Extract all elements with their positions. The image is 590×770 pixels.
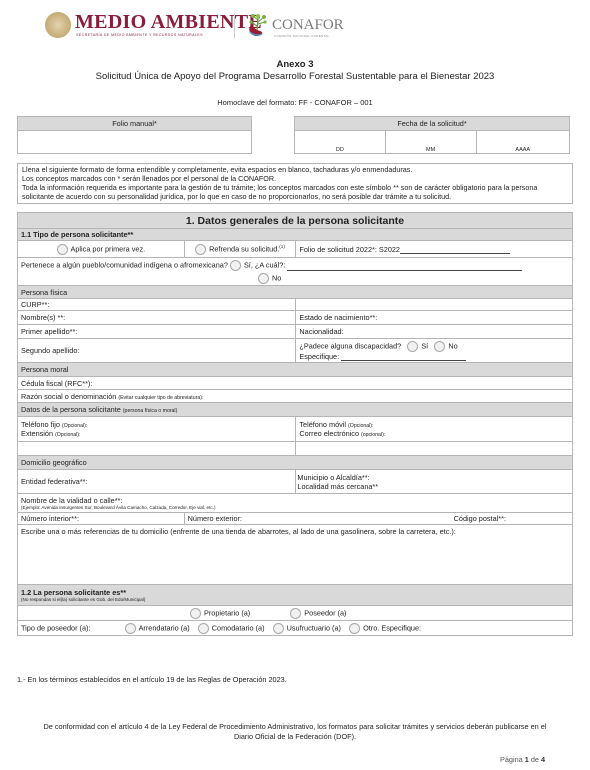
discapacidad-question: ¿Padece alguna discapacidad? — [299, 341, 401, 350]
fecha-dd-label: DD — [336, 147, 344, 153]
fecha-aaaa-label: AAAA — [515, 147, 530, 153]
opcional-note: (Opcional): — [55, 432, 80, 438]
radio-propietario[interactable] — [190, 608, 201, 619]
refrenda-footnote-ref: (1) — [279, 244, 285, 249]
fecha-mm-label: MM — [426, 147, 435, 153]
persona-fisica-heading: Persona física — [18, 286, 573, 299]
page-current: 1 — [525, 755, 529, 764]
radio-refrenda[interactable] — [195, 244, 206, 255]
indigena-row: Pertenece a algún pueblo/comunidad indíg… — [18, 258, 573, 286]
radio-arrendatario[interactable] — [125, 623, 136, 634]
municipio-localidad-cell[interactable]: Municipio o Alcaldía**: Localidad más ce… — [296, 470, 573, 494]
indigena-question: Pertenece a algún pueblo/comunidad indíg… — [21, 260, 228, 269]
radio-aplica[interactable] — [57, 244, 68, 255]
radio-discapacidad-no[interactable] — [434, 341, 445, 352]
codigo-postal-field[interactable]: Código postal**: — [414, 513, 573, 525]
indigena-cual-line[interactable] — [287, 270, 522, 271]
radio-poseedor[interactable] — [290, 608, 301, 619]
opcional-note: (opcional): — [361, 432, 385, 438]
refrenda-label: Refrenda su solicitud. — [209, 244, 279, 253]
instructions-box: Llena el siguiente formato de forma ente… — [17, 163, 573, 204]
footnote: 1.- En los términos establecidos en el a… — [17, 675, 287, 684]
instruction-line: Llena el siguiente formato de forma ente… — [22, 165, 568, 174]
folio-2022-line[interactable] — [400, 253, 510, 254]
aplica-primera-vez-option[interactable]: Aplica por primera vez. — [18, 241, 185, 258]
instruction-line: Toda la información requerida es importa… — [22, 183, 568, 201]
logo-divider — [234, 14, 235, 38]
numero-exterior-field[interactable]: Número exterior: — [184, 513, 414, 525]
propietario-poseedor-row: Propietario (a) Poseedor (a) — [18, 606, 573, 621]
section-1-2-title: 1.2 La persona solicitante es** — [21, 588, 569, 597]
pagination: Página 1 de 4 — [500, 755, 545, 764]
folio-manual-label: Folio manual* — [18, 117, 252, 131]
fecha-dd-field[interactable]: DD — [295, 131, 386, 154]
poseedor-label: Poseedor (a) — [304, 608, 346, 617]
vialidad-field[interactable]: Nombre de la vialidad o calle**: (Ejempl… — [18, 494, 573, 513]
vialidad-example: (Ejemplo: Avenida Insurgentes Sur, Boule… — [21, 505, 569, 510]
domicilio-heading: Domicilio geográfico — [18, 456, 573, 470]
section-1-2-note: (No respondas si el(la) solicitante es G… — [21, 597, 569, 602]
radio-discapacidad-si[interactable] — [407, 341, 418, 352]
vialidad-label: Nombre de la vialidad o calle**: — [21, 496, 569, 505]
refrenda-option[interactable]: Refrenda su solicitud.(1) — [184, 241, 296, 258]
section-1-1-heading: 1.1 Tipo de persona solicitante** — [18, 229, 573, 241]
movil-correo-cell[interactable]: Teléfono móvil (Opcional): Correo electr… — [296, 417, 573, 442]
municipio-label: Municipio o Alcaldía**: — [297, 473, 569, 482]
telefono-movil-label: Teléfono móvil — [299, 420, 346, 429]
radio-indigena-no[interactable] — [258, 273, 269, 284]
discapacidad-especifique-line[interactable] — [341, 360, 466, 361]
datos-solicitante-heading: Datos de la persona solicitante (persona… — [18, 403, 573, 417]
segundo-apellido-field[interactable]: Segundo apellido: — [18, 339, 296, 363]
estado-nacimiento-field[interactable]: Estado de nacimiento**: — [296, 311, 573, 325]
usufructuario-label: Usufructuario (a) — [287, 623, 341, 632]
razon-social-label: Razón social o denominación — [21, 392, 116, 401]
conafor-logo-title: CONAFOR — [272, 17, 344, 34]
contact-blank-left[interactable] — [18, 442, 296, 456]
folio-2022-label: Folio de solicitud 2022*: S2022 — [299, 245, 400, 254]
section-1-title: 1. Datos generales de la persona solicit… — [18, 213, 573, 229]
folio-manual-field[interactable] — [18, 131, 252, 154]
aplica-label: Aplica por primera vez. — [71, 244, 146, 253]
entidad-federativa-field[interactable]: Entidad federativa**: — [18, 470, 296, 494]
conafor-tree-icon — [244, 12, 270, 38]
radio-comodatario[interactable] — [198, 623, 209, 634]
radio-otro[interactable] — [349, 623, 360, 634]
tipo-poseedor-label: Tipo de poseedor (a): — [21, 623, 91, 632]
tipo-poseedor-row: Tipo de poseedor (a): Arrendatario (a) C… — [18, 621, 573, 636]
discapacidad-no-label: No — [448, 341, 457, 350]
mexico-emblem-icon — [45, 12, 71, 38]
page-of: de — [531, 755, 539, 764]
instruction-line: Los conceptos marcados con * serán llena… — [22, 174, 568, 183]
discapacidad-cell: ¿Padece alguna discapacidad? Sí No Espec… — [296, 339, 573, 363]
folio-2022-field[interactable]: Folio de solicitud 2022*: S2022 — [296, 241, 573, 258]
fecha-mm-field[interactable]: MM — [385, 131, 476, 154]
propietario-label: Propietario (a) — [204, 608, 250, 617]
indigena-si-label: Sí, ¿A cuál?: — [244, 260, 285, 269]
homoclave: Homoclave del formato: FF - CONAFOR – 00… — [0, 98, 590, 107]
nombre-field[interactable]: Nombre(s) **: — [18, 311, 296, 325]
arrendatario-label: Arrendatario (a) — [139, 623, 190, 632]
discapacidad-especifique-label: Especifique: — [299, 352, 339, 361]
section-1-2-heading: 1.2 La persona solicitante es** (No resp… — [18, 585, 573, 606]
primer-apellido-field[interactable]: Primer apellido**: — [18, 325, 296, 339]
datos-solicitante-note: (persona física o moral) — [123, 408, 178, 414]
annex-title: Anexo 3 — [0, 59, 590, 70]
comodatario-label: Comodatario (a) — [212, 623, 265, 632]
otro-especifique-label: Otro. Especifique: — [363, 623, 421, 632]
curp-field[interactable]: CURP**: — [18, 299, 296, 311]
rfc-field[interactable]: Cédula fiscal (RFC**): — [18, 377, 573, 390]
extension-label: Extensión — [21, 429, 53, 438]
razon-social-note: (Evitar cualquier tipo de abreviatura): — [118, 395, 203, 401]
conafor-logo-subtitle: COMISIÓN NACIONAL FORESTAL — [274, 34, 329, 38]
radio-usufructuario[interactable] — [273, 623, 284, 634]
legal-notice: De conformidad con el artículo 4 de la L… — [40, 722, 550, 741]
referencias-field[interactable]: Escribe una o más referencias de tu domi… — [18, 525, 573, 585]
document-title: Solicitud Única de Apoyo del Programa De… — [0, 71, 590, 82]
folio-manual-box: Folio manual* — [17, 116, 252, 154]
datos-solicitante-label: Datos de la persona solicitante — [21, 405, 121, 414]
persona-moral-heading: Persona moral — [18, 363, 573, 377]
fecha-label: Fecha de la solicitud* — [295, 117, 570, 131]
contact-blank-right[interactable] — [296, 442, 573, 456]
razon-social-field[interactable]: Razón social o denominación (Evitar cual… — [18, 390, 573, 403]
indigena-no-label: No — [272, 273, 281, 282]
numero-interior-field[interactable]: Número interior**: — [18, 513, 185, 525]
correo-label: Correo electrónico — [299, 429, 359, 438]
fecha-aaaa-field[interactable]: AAAA — [476, 131, 570, 154]
radio-indigena-si[interactable] — [230, 260, 241, 271]
page-label: Página — [500, 755, 523, 764]
telefono-fijo-label: Teléfono fijo — [21, 420, 60, 429]
curp-value-cell[interactable] — [296, 299, 573, 311]
telefono-extension-cell[interactable]: Teléfono fijo (Opcional): Extensión (Opc… — [18, 417, 296, 442]
localidad-label: Localidad más cercana** — [297, 482, 569, 491]
nacionalidad-field[interactable]: Nacionalidad: — [296, 325, 573, 339]
page-total: 4 — [541, 755, 545, 764]
fecha-solicitud-box: Fecha de la solicitud* DD MM AAAA — [294, 116, 570, 154]
datos-generales-table: 1. Datos generales de la persona solicit… — [17, 212, 573, 636]
agency-logo-subtitle: SECRETARÍA DE MEDIO AMBIENTE Y RECURSOS … — [76, 33, 203, 37]
discapacidad-si-label: Sí — [421, 341, 428, 350]
